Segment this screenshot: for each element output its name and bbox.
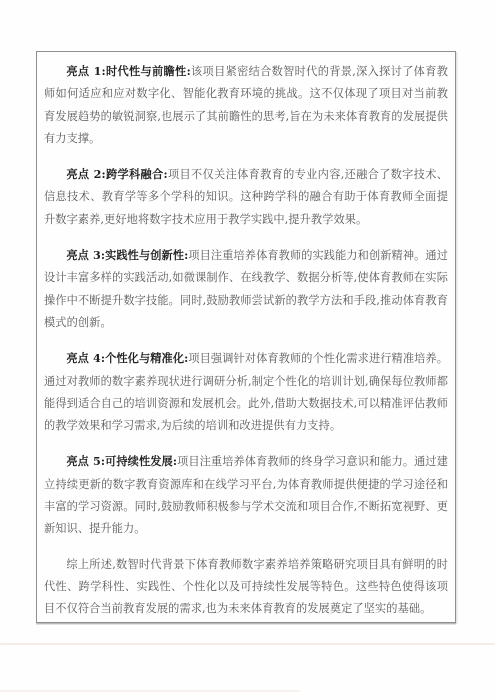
highlight-paragraph-2: 亮点 2:跨学科融合:项目不仅关注体育教育的专业内容,还融合了数字技术、信息技术… xyxy=(44,163,448,231)
scan-artifact-line-2 xyxy=(0,690,300,692)
conclusion-paragraph: 综上所述,数智时代背景下体育教师数字素养培养策略研究项目具有鲜明的时代性、跨学科… xyxy=(44,554,448,621)
highlight-paragraph-5: 亮点 5:可持续性发展:项目注重培养体育教师的终身学习意识和能力。通过建立持续更… xyxy=(44,450,448,540)
highlight-1-heading: 亮点 1:时代性与前瞻性: xyxy=(66,64,190,78)
highlight-paragraph-3: 亮点 3:实践性与创新性:项目注重培养体育教师的实践能力和创新精神。通过设计丰富… xyxy=(44,244,448,334)
content-border-box: 亮点 1:时代性与前瞻性:该项目紧密结合数智时代的背景,深入探讨了体育教师如何适… xyxy=(36,51,456,623)
highlight-paragraph-4: 亮点 4:个性化与精准化:项目强调针对体育教师的个性化需求进行精准培养。通过对教… xyxy=(44,347,448,437)
conclusion-body: 综上所述,数智时代背景下体育教师数字素养培养策略研究项目具有鲜明的时代性、跨学科… xyxy=(44,558,448,616)
document-page: 亮点 1:时代性与前瞻性:该项目紧密结合数智时代的背景,深入探讨了体育教师如何适… xyxy=(0,0,495,700)
highlight-5-heading: 亮点 5:可持续性发展: xyxy=(66,454,177,468)
highlight-4-heading: 亮点 4:个性化与精准化: xyxy=(66,351,188,365)
highlight-paragraph-1: 亮点 1:时代性与前瞻性:该项目紧密结合数智时代的背景,深入探讨了体育教师如何适… xyxy=(44,60,448,150)
highlight-3-heading: 亮点 3:实践性与创新性: xyxy=(66,248,188,262)
scan-artifact-line-1 xyxy=(0,643,495,645)
highlight-2-heading: 亮点 2:跨学科融合: xyxy=(66,167,167,181)
